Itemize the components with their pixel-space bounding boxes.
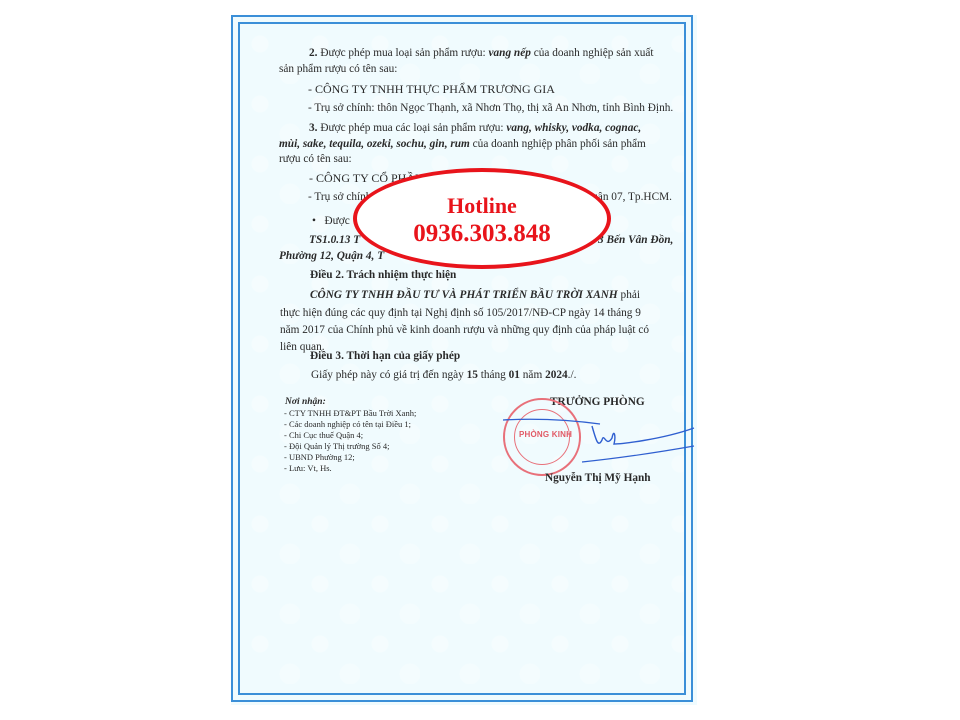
hotline-label: Hotline: [353, 193, 611, 219]
hotline-phone[interactable]: 0936.303.848: [353, 219, 611, 249]
signature-icon: [0, 0, 960, 720]
signer-name: Nguyễn Thị Mỹ Hạnh: [545, 471, 651, 485]
